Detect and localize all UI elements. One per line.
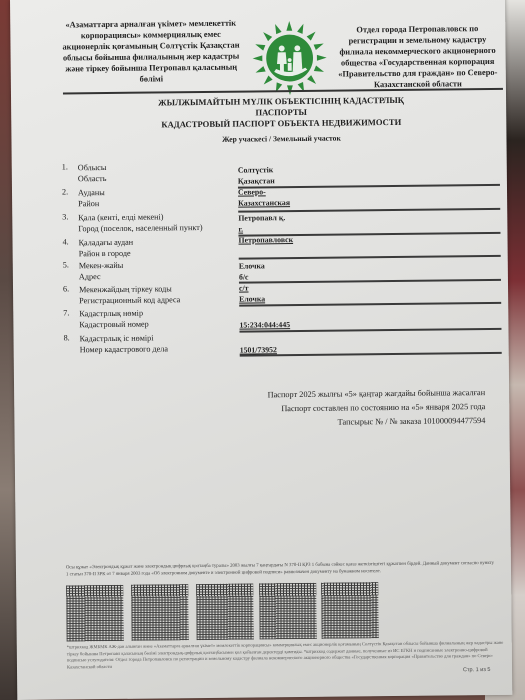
field-number: 7. — [63, 308, 69, 317]
header-org-kazakh: «Азаматтарға арналған үкімет» мемлекетті… — [58, 18, 244, 86]
field-label: Қаладағы аудан Район в городе — [78, 236, 238, 260]
field-number: 3. — [62, 212, 68, 221]
label-russian: Область — [78, 172, 238, 185]
header-org-russian: Отдел города Петропавловск по регистраци… — [332, 23, 503, 91]
label-russian: Город (поселок, населенный пункт) — [78, 222, 238, 235]
qr-code-icon — [321, 582, 379, 639]
label-russian: Кадастровый номер — [79, 318, 239, 331]
value-kazakh: Елочка б/с — [239, 260, 265, 282]
qr-code-icon — [196, 583, 254, 640]
qr-code-icon — [259, 583, 317, 640]
value-kazakh: Петропавл қ. — [238, 212, 293, 224]
field-label: Мекенжайдың тіркеу коды Регистрационный … — [79, 283, 239, 307]
qr-code-icon — [66, 585, 124, 642]
qr-code-row — [66, 581, 507, 644]
family-sun-logo-icon — [250, 19, 329, 98]
field-underline — [239, 302, 501, 306]
field-label: Кадастрлық нөмір Кадастровый номер — [79, 307, 239, 331]
document-title: ЖЫЛЖЫМАЙТЫН МҮЛІК ОБЪЕКТІСІНІҢ КАДАСТРЛЫ… — [71, 94, 491, 131]
value-russian: 15:234:044:445 — [239, 319, 290, 331]
field-label: Ауданы Район — [78, 186, 238, 210]
document-subtitle: Жер учаскесі / Земельный участок — [71, 132, 491, 145]
field-number: 6. — [63, 284, 69, 293]
label-russian: Район — [78, 197, 238, 210]
field-number: 4. — [62, 237, 68, 246]
field-number: 1. — [62, 162, 68, 171]
field-label: Кадастрлық іс нөмірі Номер кадастрового … — [79, 332, 239, 356]
passport-info: Паспорт 2025 жылғы «5» қаңтар жағдайы бо… — [268, 386, 486, 430]
field-value-cadastral-number: 15:234:044:445 — [239, 319, 290, 331]
field-number: 5. — [63, 260, 69, 269]
value-russian: с/т Елочка — [239, 282, 265, 304]
field-underline — [239, 255, 501, 259]
field-underline — [239, 279, 501, 283]
value-kazakh: Солтүстік Қазақстан — [238, 164, 290, 187]
label-russian: Район в городе — [79, 247, 239, 260]
field-value-city: Петропавл қ. г. Петропавловск — [238, 212, 293, 246]
label-russian: Регистрационный код адреса — [79, 294, 239, 307]
order-number: Тапсырыс № / № заказа 101000094477594 — [268, 414, 486, 430]
page-number: Стр. 1 из 5 — [463, 667, 490, 673]
field-label: Қала (кенті, елді мекені) Город (поселок… — [78, 211, 238, 235]
label-russian: Номер кадастрового дела — [80, 343, 240, 356]
field-underline — [240, 352, 502, 356]
label-russian: Адрес — [79, 270, 239, 283]
field-label: Облысы Область — [78, 161, 238, 185]
field-number: 2. — [62, 187, 68, 196]
field-label: Мекен-жайы Адрес — [79, 259, 239, 283]
barcode-footnote: *штрихкод ЖМБМК АЖ-дан алынған және «Аза… — [67, 640, 507, 671]
qr-code-icon — [131, 584, 189, 641]
field-number: 8. — [63, 333, 69, 342]
legal-notice: Осы құжат «Электрондық құжат және электр… — [66, 561, 496, 579]
document-page: «Азаматтарға арналған үкімет» мемлекетті… — [10, 0, 512, 700]
value-russian: Северо-Казахстанская — [238, 186, 290, 209]
